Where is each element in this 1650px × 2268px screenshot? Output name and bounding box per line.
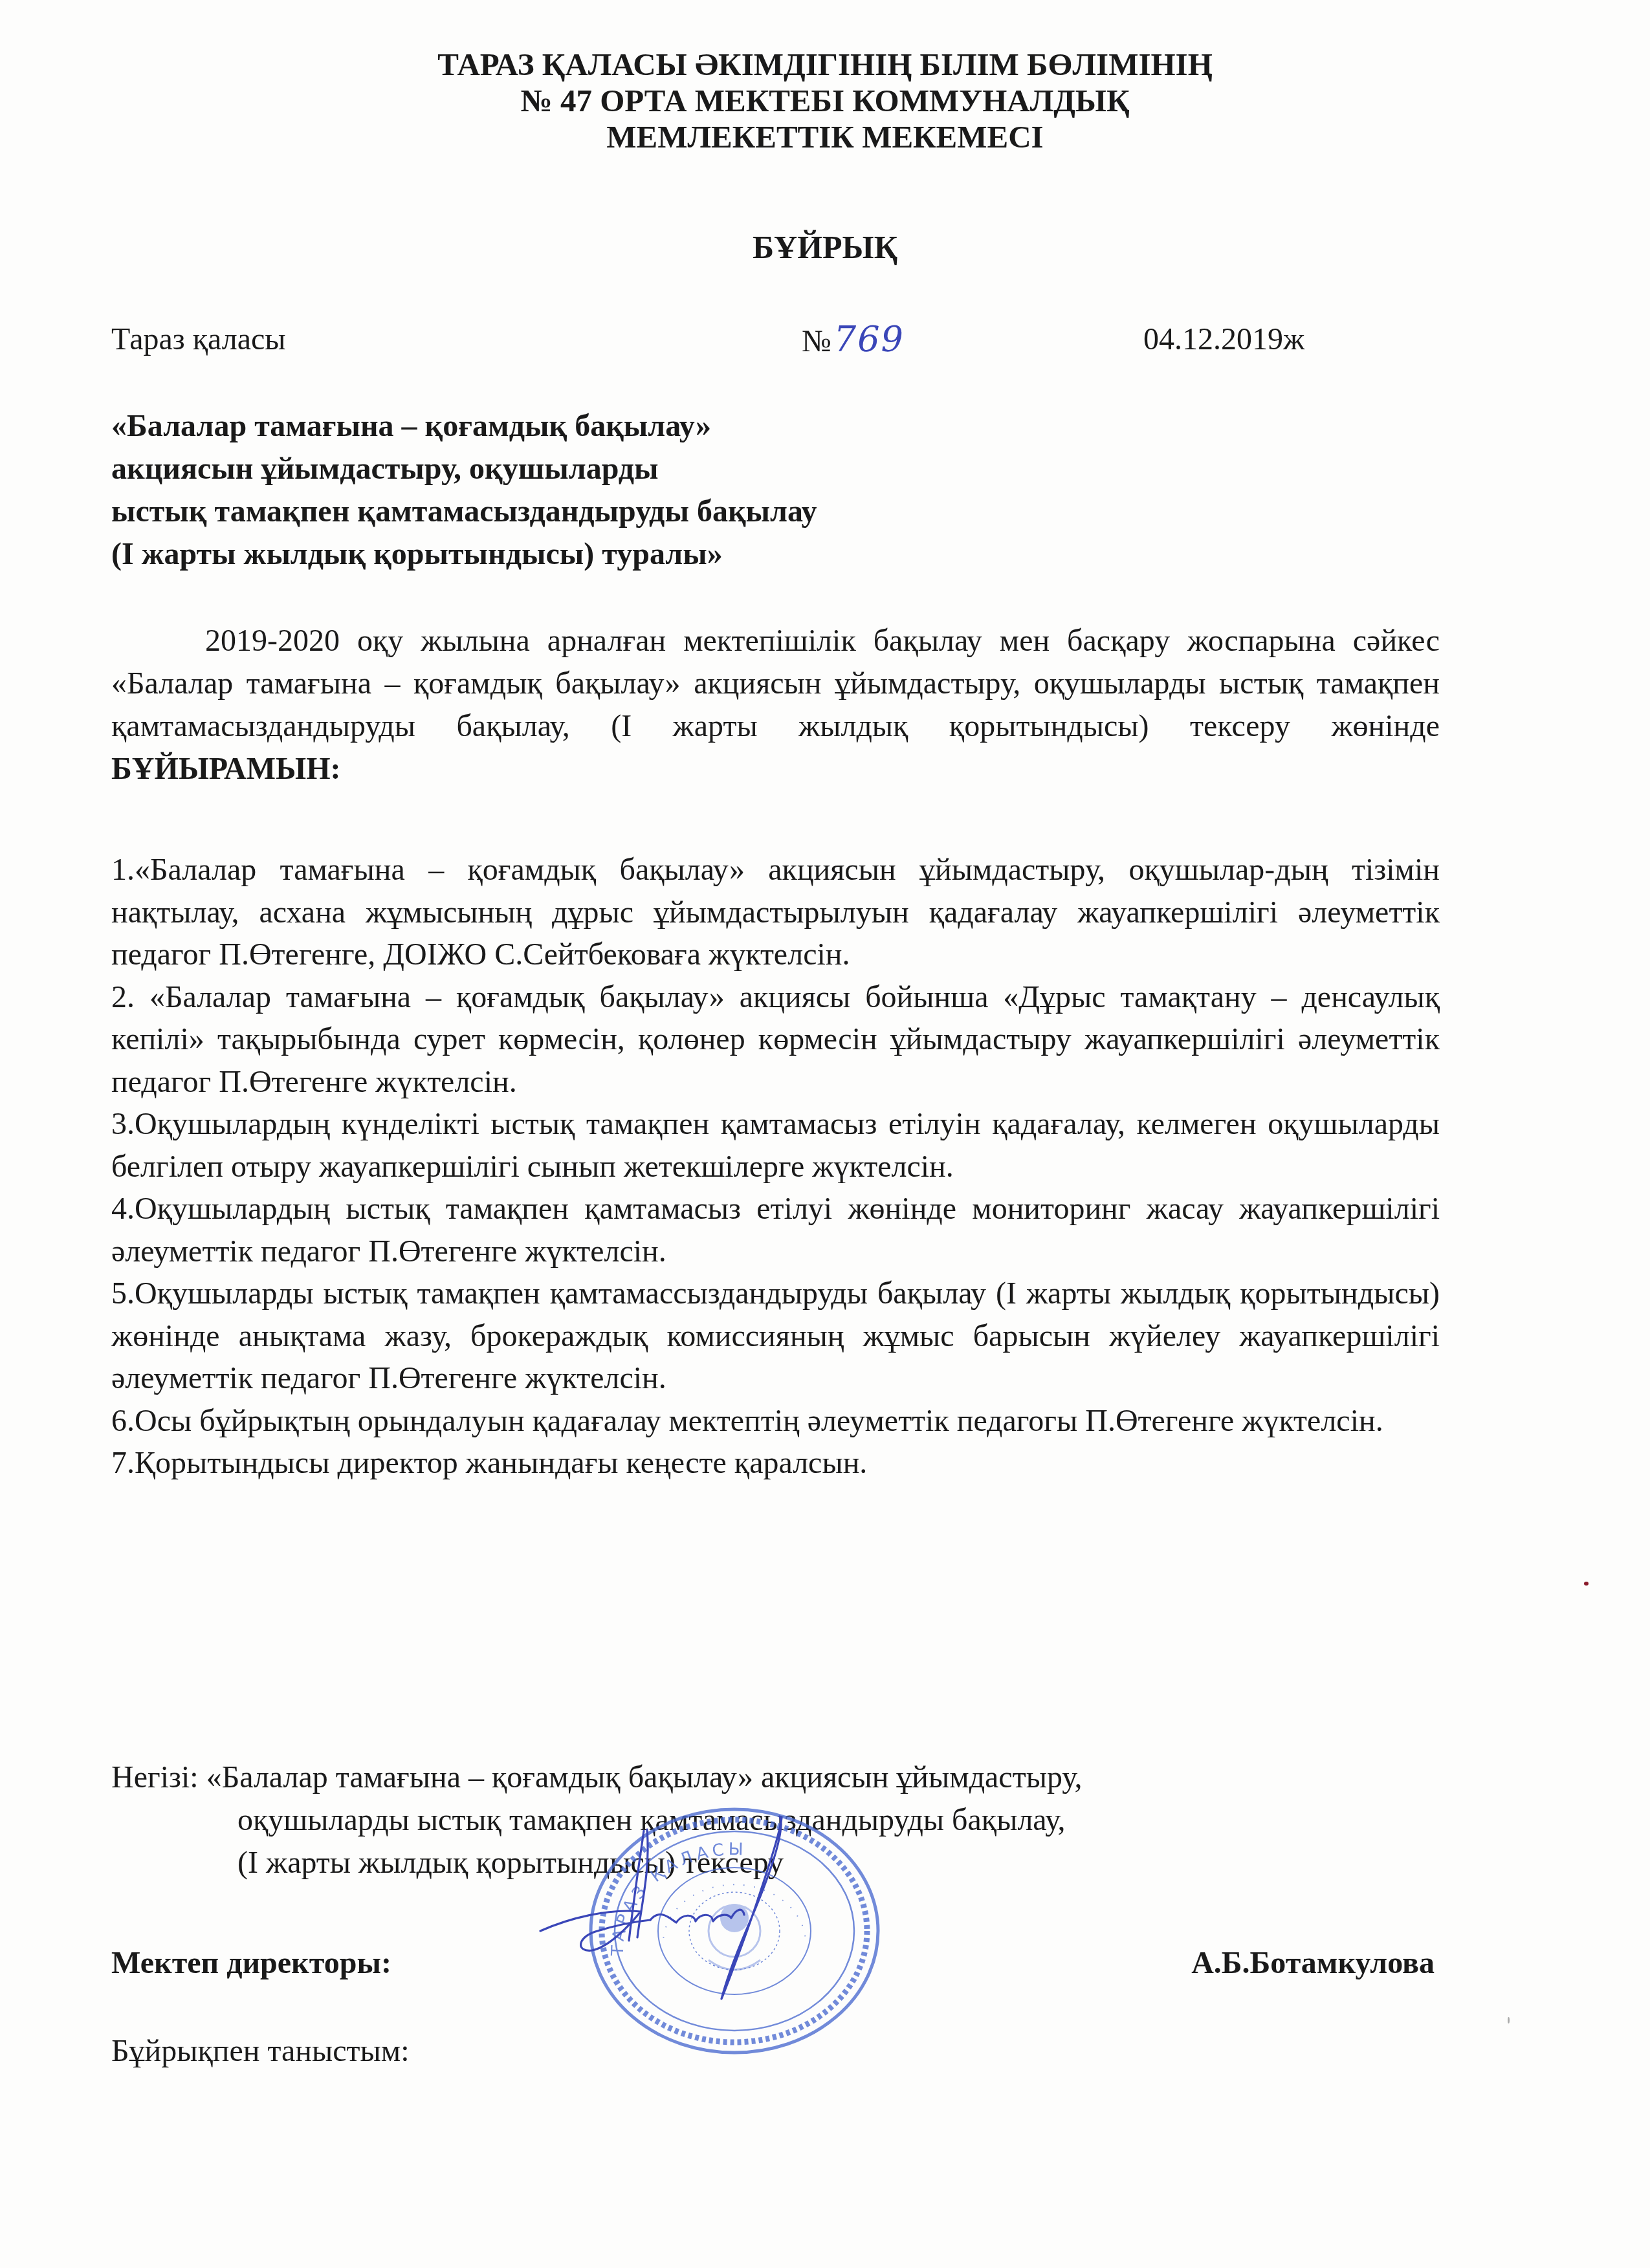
organization-header: ТАРАЗ ҚАЛАСЫ ӘКІМДІГІНІҢ БІЛІМ БӨЛІМІНІҢ… [0,47,1650,155]
order-items: 1.«Балалар тамағына – қоғамдық бақылау» … [111,849,1440,1485]
org-line-2: № 47 ОРТА МЕКТЕБІ КОММУНАЛДЫҚ [0,83,1650,119]
subject-line: ыстық тамақпен қамтамасыздандыруды бақыл… [111,490,1082,533]
subject-line: «Балалар тамағына – қоғамдық бақылау» [111,405,1082,448]
document-page: ТАРАЗ ҚАЛАСЫ ӘКІМДІГІНІҢ БІЛІМ БӨЛІМІНІҢ… [0,0,1650,2268]
preamble-text: 2019-2020 оқу жылына арналған мектепішіл… [111,624,1440,743]
subject-line: акциясын ұйымдастыру, оқушыларды [111,448,1082,490]
order-item-2: 2. «Балалар тамағына – қоғамдық бақылау»… [111,976,1440,1104]
signer-name: А.Б.Ботамкулова [1191,1941,1435,1986]
signature-row: Мектеп директоры: А.Б.Ботамкулова [111,1941,1440,1986]
org-line-3: МЕМЛЕКЕТТІК МЕКЕМЕСІ [0,119,1650,155]
number-sign: № [802,324,831,358]
basis-text: «Балалар тамағына – қоғамдық бақылау» ак… [206,1760,1083,1794]
basis-line-1: Негізі: «Балалар тамағына – қоғамдық бақ… [111,1756,1470,1799]
scan-speck [1508,2017,1510,2023]
scan-speck [1584,1582,1589,1586]
subject-line: (І жарты жылдық қорытындысы) туралы» [111,533,1082,576]
order-item-3: 3.Оқушылардың күнделікті ыстық тамақпен … [111,1103,1440,1188]
city: Тараз қаласы [111,318,286,361]
director-signature-icon [531,1805,867,2018]
order-item-7: 7.Қорытындысы директор жанындағы кеңесте… [111,1442,1440,1485]
acknowledgement-label: Бұйрықпен таныстым: [111,2030,410,2073]
signer-role: Мектеп директоры: [111,1941,391,1986]
document-title: БҰЙРЫҚ [0,228,1650,267]
meta-row: Тараз қаласы №769 04.12.2019ж [111,318,1440,361]
order-item-1: 1.«Балалар тамағына – қоғамдық бақылау» … [111,849,1440,976]
order-item-4: 4.Оқушылардың ыстық тамақпен қамтамасыз … [111,1188,1440,1272]
preamble-paragraph: 2019-2020 оқу жылына арналған мектепішіл… [111,620,1440,791]
order-subject: «Балалар тамағына – қоғамдық бақылау» ак… [111,405,1082,576]
order-number: №769 [802,318,905,363]
order-date: 04.12.2019ж [1143,318,1304,361]
preamble: 2019-2020 оқу жылына арналған мектепішіл… [111,620,1440,791]
org-line-1: ТАРАЗ ҚАЛАСЫ ӘКІМДІГІНІҢ БІЛІМ БӨЛІМІНІҢ [0,47,1650,83]
order-word: БҰЙЫРАМЫН: [111,752,340,786]
basis-label: Негізі: [111,1760,199,1794]
order-item-5: 5.Оқушыларды ыстық тамақпен қамтамассызд… [111,1272,1440,1400]
order-item-6: 6.Осы бұйрықтың орындалуын қадағалау мек… [111,1400,1440,1443]
handwritten-number: 769 [834,319,905,360]
